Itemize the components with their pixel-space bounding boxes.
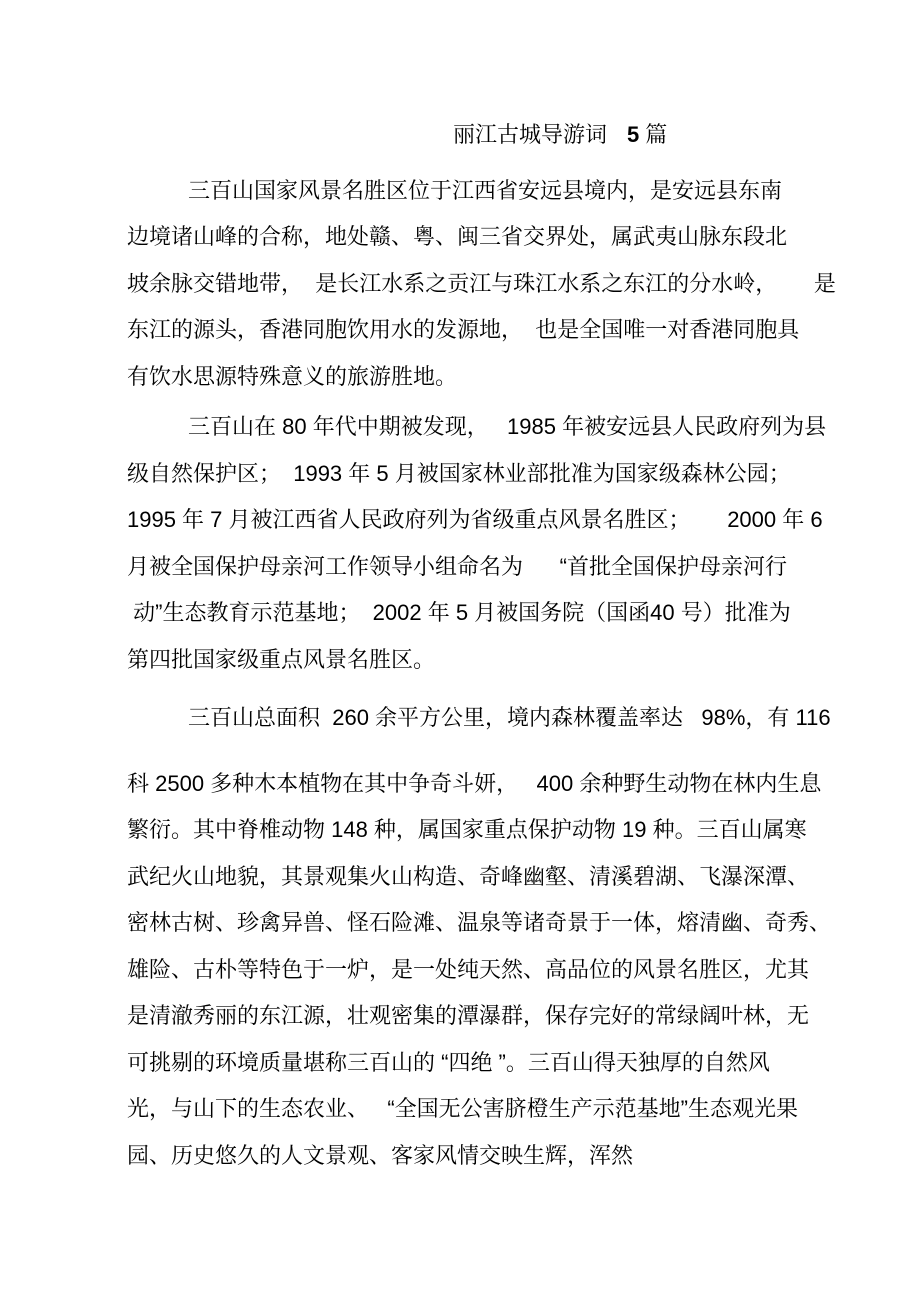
text-line: 1995 年 7 月被江西省人民政府列为省级重点风景名胜区； 2000 年 6 bbox=[127, 497, 803, 544]
text-line: 三百山在 80 年代中期被发现， 1985 年被安远县人民政府列为县 bbox=[127, 404, 803, 451]
paragraph: 三百山总面积 260 余平方公里，境内森林覆盖率达 98%，有 116科 250… bbox=[127, 695, 803, 1179]
text-line: 月被全国保护母亲河工作领导小组命名为 “首批全国保护母亲河行 bbox=[127, 544, 803, 591]
text-line: 三百山国家风景名胜区位于江西省安远县境内，是安远县东南 bbox=[127, 168, 803, 215]
text-line: 繁衍。其中脊椎动物 148 种，属国家重点保护动物 19 种。三百山属寒 bbox=[127, 807, 803, 854]
title-count: 5 bbox=[627, 122, 639, 147]
text-line: 可挑剔的环境质量堪称三百山的 “四绝 ”。三百山得天独厚的自然风 bbox=[127, 1040, 803, 1087]
document-page: 丽江古城导游词5篇 三百山国家风景名胜区位于江西省安远县境内，是安远县东南边境诸… bbox=[0, 0, 920, 1303]
text-line: 三百山总面积 260 余平方公里，境内森林覆盖率达 98%，有 116 bbox=[127, 695, 803, 742]
text-line: 雄险、古朴等特色于一炉，是一处纯天然、高品位的风景名胜区，尤其 bbox=[127, 947, 803, 994]
text-line: 科 2500 多种木本植物在其中争奇斗妍， 400 余种野生动物在林内生息 bbox=[127, 761, 803, 808]
document-body: 三百山国家风景名胜区位于江西省安远县境内，是安远县东南边境诸山峰的合称，地处赣、… bbox=[127, 168, 803, 1180]
document-content: 丽江古城导游词5篇 三百山国家风景名胜区位于江西省安远县境内，是安远县东南边境诸… bbox=[127, 0, 803, 1179]
text-line: 动”生态教育示范基地； 2002 年 5 月被国务院（国函40 号）批准为 bbox=[127, 590, 803, 637]
paragraph: 三百山在 80 年代中期被发现， 1985 年被安远县人民政府列为县级自然保护区… bbox=[127, 404, 803, 683]
text-line: 坡余脉交错地带， 是长江水系之贡江与珠江水系之东江的分水岭， 是 bbox=[127, 261, 803, 308]
text-line: 密林古树、珍禽异兽、怪石险滩、温泉等诸奇景于一体，熔清幽、奇秀、 bbox=[127, 900, 803, 947]
document-title: 丽江古城导游词5篇 bbox=[127, 112, 803, 159]
title-text: 丽江古城导游词 bbox=[453, 122, 607, 147]
text-line: 边境诸山峰的合称，地处赣、粤、闽三省交界处，属武夷山脉东段北 bbox=[127, 214, 803, 261]
text-line: 第四批国家级重点风景名胜区。 bbox=[127, 637, 803, 684]
paragraph: 三百山国家风景名胜区位于江西省安远县境内，是安远县东南边境诸山峰的合称，地处赣、… bbox=[127, 168, 803, 401]
text-line: 有饮水思源特殊意义的旅游胜地。 bbox=[127, 354, 803, 401]
text-line: 是清澈秀丽的东江源，壮观密集的潭瀑群，保存完好的常绿阔叶林，无 bbox=[127, 993, 803, 1040]
text-line: 级自然保护区； 1993 年 5 月被国家林业部批准为国家级森林公园； bbox=[127, 451, 803, 498]
text-line: 东江的源头，香港同胞饮用水的发源地， 也是全国唯一对香港同胞具 bbox=[127, 307, 803, 354]
title-suffix: 篇 bbox=[645, 122, 667, 147]
text-line: 光，与山下的生态农业、 “全国无公害脐橙生产示范基地”生态观光果 bbox=[127, 1086, 803, 1133]
text-line: 武纪火山地貌，其景观集火山构造、奇峰幽壑、清溪碧湖、飞瀑深潭、 bbox=[127, 854, 803, 901]
text-line: 园、历史悠久的人文景观、客家风情交映生辉，浑然 bbox=[127, 1133, 803, 1180]
